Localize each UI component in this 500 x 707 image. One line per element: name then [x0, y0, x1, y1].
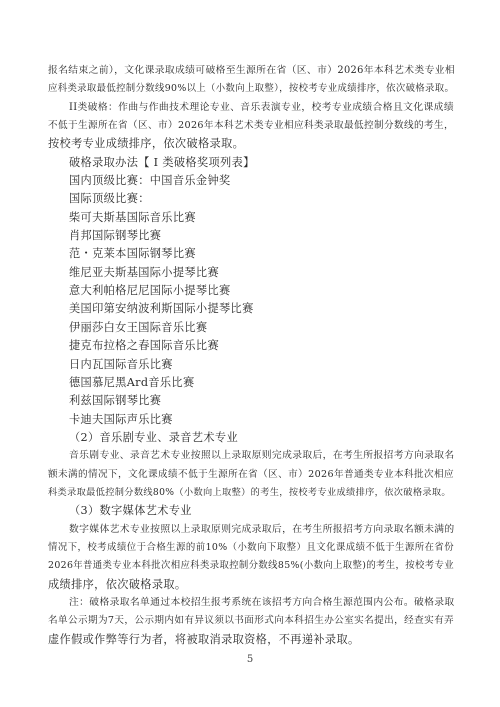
- award-item: 日内瓦国际音乐比赛: [48, 356, 454, 374]
- class2-line: 按校考专业成绩排序，依次破格录取。: [48, 135, 454, 153]
- section2-line: 科类录取最低控制分数线80%（小数向上取整）的考生，按校考专业成绩排序，依次破格…: [48, 484, 454, 502]
- section3-heading: （3）数字媒体艺术专业: [48, 502, 454, 520]
- award-item: 柴可夫斯基国际音乐比赛: [48, 209, 454, 227]
- international-label: 国际顶级比赛：: [48, 190, 454, 208]
- note-line: 虚作假或作弊等行为者，将被取消录取资格，不再递补录取。: [48, 631, 454, 649]
- document-body: 报名结束之前），文化课录取成绩可破格至生源所在省（区、市）2026年本科艺术类专…: [48, 62, 454, 649]
- award-item: 美国印第安纳波利斯国际小提琴比赛: [48, 300, 454, 318]
- class2-line: II类破格：作曲与作曲技术理论专业、音乐表演专业，校考专业成绩合格且文化课成绩: [48, 99, 454, 117]
- paragraph-line: 报名结束之前），文化课录取成绩可破格至生源所在省（区、市）2026年本科艺术类专…: [48, 62, 454, 80]
- note-line: 名单公示期为7天，公示期内如有异议须以书面形式向本科招生办公室实名提出，经查实有…: [48, 612, 454, 630]
- award-item: 伊丽莎白女王国际音乐比赛: [48, 319, 454, 337]
- award-item: 范・克莱本国际钢琴比赛: [48, 245, 454, 263]
- note-line: 注：破格录取名单通过本校招生报考系统在该招考方向合格生源范围内公布。破格录取: [48, 594, 454, 612]
- award-item: 维尼亚夫斯基国际小提琴比赛: [48, 264, 454, 282]
- domestic-award: 国内顶级比赛：中国音乐金钟奖: [48, 172, 454, 190]
- award-item: 利兹国际钢琴比赛: [48, 392, 454, 410]
- class2-line: 不低于生源所在省（区、市）2026年本科艺术类专业相应科类录取最低控制分数线的考…: [48, 117, 454, 135]
- document-page: 报名结束之前），文化课录取成绩可破格至生源所在省（区、市）2026年本科艺术类专…: [0, 0, 500, 707]
- page-number: 5: [244, 654, 256, 665]
- award-item: 捷克布拉格之春国际音乐比赛: [48, 337, 454, 355]
- section3-line: 成绩排序，依次破格录取。: [48, 576, 454, 594]
- section2-heading: （2）音乐剧专业、录音艺术专业: [48, 429, 454, 447]
- award-item: 德国慕尼黑Ard音乐比赛: [48, 374, 454, 392]
- section2-line: 额未满的情况下，文化课成绩不低于生源所在省（区、市）2026年普通类专业本科批次…: [48, 466, 454, 484]
- award-item: 卡迪夫国际声乐比赛: [48, 411, 454, 429]
- award-item: 意大利帕格尼尼国际小提琴比赛: [48, 282, 454, 300]
- paragraph-line: 应科类录取最低控制分数线90%以上（小数向上取整），按校考专业成绩排序，依次破格…: [48, 80, 454, 98]
- award-item: 肖邦国际钢琴比赛: [48, 227, 454, 245]
- section2-line: 音乐剧专业、录音艺术专业按照以上录取原则完成录取后，在考生所报招考方向录取名: [48, 447, 454, 465]
- section3-line: 2026年普通类专业本科批次相应科类录取控制分数线85%(小数向上取整)的考生，…: [48, 557, 454, 575]
- section3-line: 数字媒体艺术专业按照以上录取原则完成录取后，在考生所报招考方向录取名额未满的: [48, 521, 454, 539]
- award-list-title: 破格录取办法【 I 类破格奖项列表】: [48, 154, 454, 172]
- section3-line: 情况下，校考成绩位于合格生源的前10%（小数向下取整）且文化课成绩不低于生源所在…: [48, 539, 454, 557]
